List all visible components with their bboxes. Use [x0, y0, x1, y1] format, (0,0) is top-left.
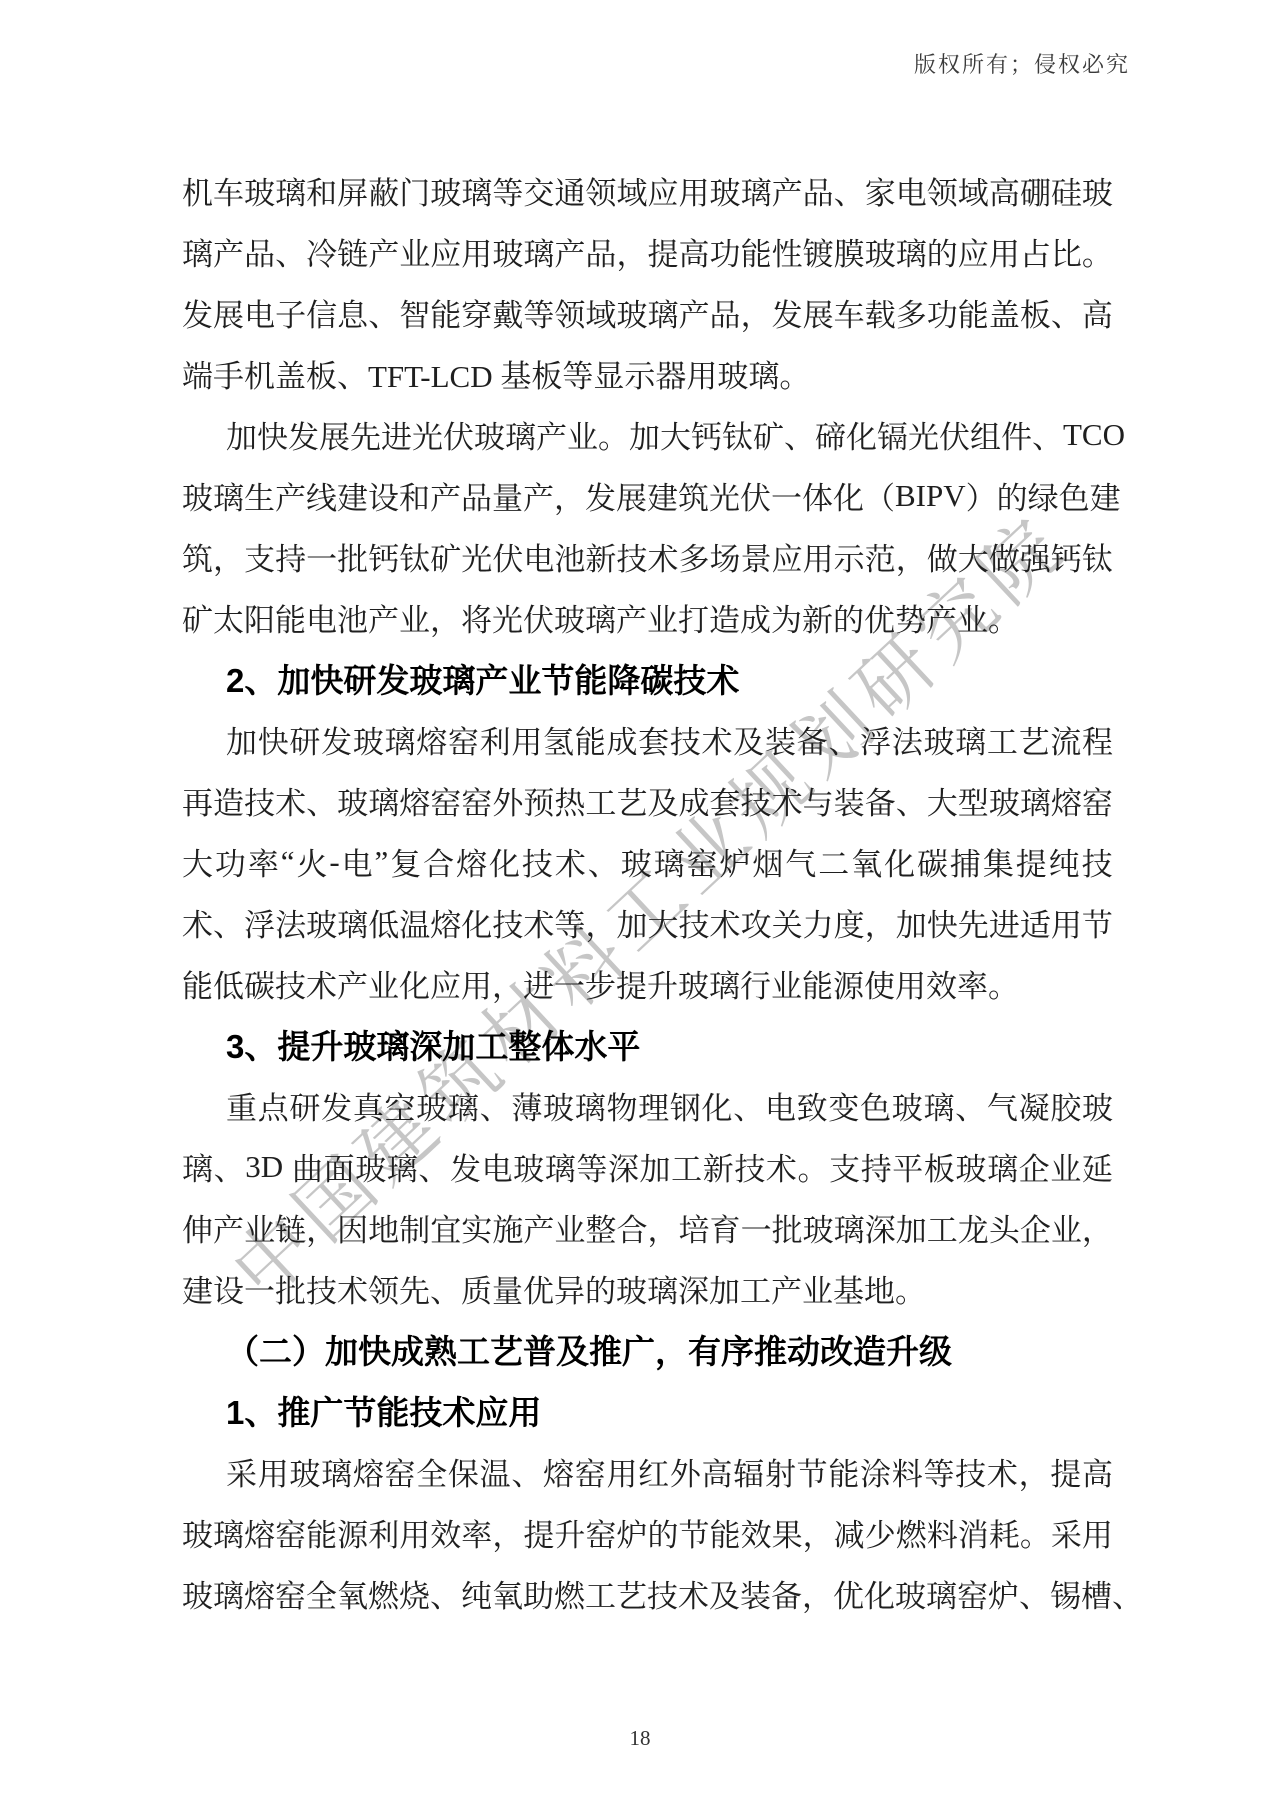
text-token: 果 — [772, 1510, 803, 1555]
text-token: 成 — [679, 778, 710, 823]
text-token: 技 — [741, 778, 772, 823]
text-token: 璃 — [213, 1510, 244, 1555]
text-token: 率 — [461, 1510, 492, 1555]
text-token: 生 — [244, 473, 275, 518]
text-token: 一 — [741, 1205, 772, 1250]
text-token: 产 — [275, 473, 306, 518]
text-token: 燃 — [896, 1510, 927, 1555]
text-token: 璃 — [385, 717, 416, 762]
text-token: 集 — [983, 839, 1014, 884]
text-token: 玻 — [616, 290, 647, 335]
text-token: 套 — [710, 778, 741, 823]
text-token: 浮 — [244, 900, 275, 945]
text-token: 耗 — [989, 1510, 1020, 1555]
text-token: 术 — [702, 717, 733, 762]
text-token: 技 — [1082, 839, 1113, 884]
text-token: 玻 — [474, 412, 505, 457]
text-token: 色 — [860, 1083, 891, 1128]
text-token: 深 — [865, 1205, 896, 1250]
text-token: 品 — [244, 229, 275, 274]
text-token: 强 — [1020, 534, 1051, 579]
text-line: 采用玻璃熔窑全保温、熔窑用红外高辐射节能涂料等技术，提高 — [182, 1441, 1113, 1502]
text-token: 产 — [772, 168, 803, 213]
text-token: 等 — [923, 1449, 954, 1494]
text-token: 少 — [865, 1510, 896, 1555]
text-token: 玻 — [955, 1144, 986, 1189]
text-token: 制 — [399, 1205, 430, 1250]
text-token: 备 — [797, 717, 828, 762]
text-token: 采 — [226, 1449, 257, 1494]
text-token: 提 — [1016, 839, 1047, 884]
text-token: 烧 — [399, 1571, 430, 1616]
text-token: 冷 — [306, 229, 337, 274]
text-token: 术 — [555, 839, 586, 884]
text-token: 工 — [585, 1571, 616, 1616]
text-token: 息 — [337, 290, 368, 335]
text-token: 技 — [522, 839, 553, 884]
text-token: 因 — [337, 1205, 368, 1250]
text-token: 化 — [489, 839, 520, 884]
text-token: 光 — [908, 412, 939, 457]
text-token: 设 — [368, 473, 399, 518]
text-token: 应 — [958, 229, 989, 274]
text-token: 展 — [319, 412, 350, 457]
text-token: 范 — [865, 534, 896, 579]
text-token: 光 — [412, 412, 443, 457]
text-token: 伏 — [443, 412, 474, 457]
text-token: 加 — [226, 717, 257, 762]
text-token: 术 — [766, 1144, 797, 1189]
text-token: ， — [741, 290, 772, 335]
text-token: 、 — [1019, 1571, 1050, 1616]
text-token: 比 — [1051, 229, 1082, 274]
text-token: 率 — [248, 839, 279, 884]
text-token: 玻 — [513, 1144, 544, 1189]
text-token: 技 — [734, 1144, 765, 1189]
text-token: 璃 — [647, 290, 678, 335]
text-token: 、 — [275, 229, 306, 274]
text-line: 建设一批技术领先、质量优异的玻璃深加工产业基地。 — [182, 1258, 1113, 1319]
text-token: 品 — [585, 229, 616, 274]
text-token: 钙 — [1051, 534, 1082, 579]
text-token: 高 — [1082, 1449, 1113, 1494]
text-token: 及 — [733, 717, 764, 762]
text-line: 璃产品、冷链产业应用玻璃产品，提高功能性镀膜玻璃的应用占比。 — [182, 221, 1113, 282]
text-token: 重 — [226, 1083, 257, 1128]
text-token: 应 — [647, 168, 678, 213]
text-token: 能 — [306, 1510, 337, 1555]
text-token: 空 — [385, 1083, 416, 1128]
text-token: 玻 — [306, 900, 337, 945]
text-token: 熔 — [430, 900, 461, 945]
text-token: 子 — [275, 290, 306, 335]
text-line: 机车玻璃和屏蔽门玻璃等交通领域应用玻璃产品、家电领域高硼硅玻 — [182, 160, 1113, 221]
text-token: 升 — [554, 1510, 585, 1555]
text-token: 产 — [679, 290, 710, 335]
text-token: 熔 — [244, 1571, 275, 1616]
text-token: 窑 — [461, 778, 492, 823]
text-line: 大功率“火-电”复合熔化技术、玻璃窑炉烟气二氧化碳捕集提纯技 — [182, 831, 1113, 892]
text-token: 链 — [337, 229, 368, 274]
text-token: 窑 — [585, 1510, 616, 1555]
text-token: 高 — [1082, 290, 1113, 335]
text-token: 玻 — [923, 717, 954, 762]
text-token: 施 — [492, 1205, 523, 1250]
text-token: 化 — [461, 900, 492, 945]
text-token: 术 — [647, 534, 678, 579]
text-token: 硼 — [1020, 168, 1051, 213]
text-line: 伸产业链，因地制宜实施产业整合，培育一批玻璃深加工龙头企业， — [182, 1197, 1113, 1258]
text-token: 电 — [523, 534, 554, 579]
text-token: BIPV — [895, 478, 966, 514]
text-token: 链 — [275, 1205, 306, 1250]
text-token: 璃 — [448, 1083, 479, 1128]
text-token: 璃 — [337, 900, 368, 945]
text-token: 多 — [896, 290, 927, 335]
text-token: 新 — [585, 534, 616, 579]
text-token: 窑 — [275, 1571, 306, 1616]
text-token: 套 — [638, 717, 669, 762]
text-token: 钛 — [722, 412, 753, 457]
text-token: 术 — [710, 900, 741, 945]
text-token: 用 — [399, 1510, 430, 1555]
text-token: 电 — [765, 1083, 796, 1128]
text-token: 、 — [214, 1144, 245, 1189]
text-token: 产 — [430, 473, 461, 518]
text-token: 玻 — [543, 1083, 574, 1128]
text-token: 玻 — [1082, 168, 1113, 213]
text-token: 凝 — [1019, 1083, 1050, 1128]
text-token: 璃 — [654, 839, 685, 884]
text-token: 料 — [892, 1449, 923, 1494]
text-token: 玻 — [182, 1510, 213, 1555]
text-token: 璃 — [923, 1083, 954, 1128]
text-token: （ — [864, 473, 895, 518]
text-token: 熔 — [353, 1449, 384, 1494]
text-token: 智 — [399, 290, 430, 335]
text-token: 源 — [337, 1510, 368, 1555]
text-token: 业 — [1050, 1144, 1081, 1189]
copyright-notice: 版权所有；侵权必究 — [914, 48, 1130, 79]
text-token: 关 — [772, 900, 803, 945]
text-token: 大 — [927, 778, 958, 823]
text-token: 炉 — [719, 839, 750, 884]
text-token: 发 — [321, 717, 352, 762]
text-token: 变 — [828, 1083, 859, 1128]
text-token: 进 — [989, 900, 1020, 945]
text-token: ， — [213, 534, 244, 579]
text-token: 加 — [896, 1205, 927, 1250]
text-token: 玻 — [865, 229, 896, 274]
text-token: 钙 — [368, 534, 399, 579]
text-token: 、 — [511, 1449, 542, 1494]
text-token: 减 — [834, 1510, 865, 1555]
text-token: 培 — [679, 1205, 710, 1250]
text-token: 等 — [523, 290, 554, 335]
text-token: 支 — [244, 534, 275, 579]
text-token: 消 — [958, 1510, 989, 1555]
text-token: 加 — [896, 900, 927, 945]
text-token: ， — [585, 900, 616, 945]
text-token: 业 — [567, 412, 598, 457]
text-token: 的 — [997, 473, 1028, 518]
text-token: 浮 — [860, 717, 891, 762]
text-token: 艺 — [1019, 717, 1050, 762]
text-token: 工 — [927, 1205, 958, 1250]
text-token: 、 — [306, 778, 337, 823]
text-token: 功 — [927, 290, 958, 335]
text-token: 低 — [368, 900, 399, 945]
text-token: 技 — [670, 717, 701, 762]
text-token: 窑 — [1082, 778, 1113, 823]
text-token: 展 — [213, 290, 244, 335]
text-token: 加 — [616, 900, 647, 945]
text-token: ” — [375, 844, 389, 880]
text-token: 装 — [765, 717, 796, 762]
text-token: 玻 — [244, 168, 275, 213]
text-line: 玻璃熔窑能源利用效率，提升窑炉的节能效果，减少燃料消耗。采用 — [182, 1502, 1113, 1563]
text-token: “ — [281, 844, 295, 880]
text-token: 持 — [861, 1144, 892, 1189]
text-token: 穿 — [461, 290, 492, 335]
text-token: 工 — [987, 717, 1018, 762]
text-token: 机 — [182, 168, 213, 213]
text-token: 的 — [647, 1510, 678, 1555]
text-token: ） — [966, 473, 997, 518]
text-token: 建 — [337, 473, 368, 518]
text-token: 线 — [306, 473, 337, 518]
text-token: 戴 — [492, 290, 523, 335]
text-token: 化 — [833, 473, 864, 518]
text-token: 碲 — [815, 412, 846, 457]
text-token: 大 — [182, 839, 213, 884]
text-token: 外 — [670, 1449, 701, 1494]
text-token: 法 — [892, 717, 923, 762]
text-token: 快 — [257, 412, 288, 457]
text-token: 备 — [865, 778, 896, 823]
text-token: 窑 — [275, 1510, 306, 1555]
text-token: 产 — [213, 229, 244, 274]
text-token: 筑 — [182, 534, 213, 579]
text-token: 节 — [679, 1510, 710, 1555]
text-token: 伸 — [182, 1205, 213, 1250]
text-token: 、 — [733, 1083, 764, 1128]
text-token: 电 — [896, 168, 927, 213]
text-token: 理 — [638, 1083, 669, 1128]
text-line: 加快发展先进光伏玻璃产业。加大钙钛矿、碲化镉光伏组件、TCO — [182, 404, 1113, 465]
text-token: 玻 — [355, 1144, 386, 1189]
text-token: 量 — [492, 473, 523, 518]
text-token: 矿 — [753, 412, 784, 457]
text-token: 流 — [1050, 717, 1081, 762]
text-token: 先 — [350, 412, 381, 457]
text-token: ， — [554, 473, 585, 518]
text-token: 场 — [710, 534, 741, 579]
text-token: 助 — [523, 1571, 554, 1616]
document-body: 机车玻璃和屏蔽门玻璃等交通领域应用玻璃产品、家电领域高硼硅玻璃产品、冷链产业应用… — [182, 160, 1113, 1624]
text-token: 能 — [828, 1449, 859, 1494]
text-token: ， — [803, 1510, 834, 1555]
text-token: TCO — [1063, 417, 1125, 453]
text-token: 碳 — [917, 839, 948, 884]
text-token: 快 — [927, 900, 958, 945]
text-token: 化 — [864, 1571, 895, 1616]
text-token: 等 — [554, 900, 585, 945]
text-token: 等 — [492, 168, 523, 213]
text-token: 气 — [785, 839, 816, 884]
text-token: 玻 — [416, 1083, 447, 1128]
text-token: 蔽 — [368, 168, 399, 213]
text-token: 、 — [896, 778, 927, 823]
text-token: 、 — [1032, 412, 1063, 457]
text-token: 延 — [1082, 1144, 1113, 1189]
text-token: 红 — [638, 1449, 669, 1494]
text-token: 。 — [1082, 229, 1113, 274]
text-token: 燃 — [368, 1571, 399, 1616]
text-token: 利 — [368, 1510, 399, 1555]
text-token: 与 — [803, 778, 834, 823]
text-token: 矿 — [430, 534, 461, 579]
text-token: 力 — [803, 900, 834, 945]
text-token: 程 — [1082, 717, 1113, 762]
text-token: 伏 — [939, 412, 970, 457]
text-token: 领 — [585, 168, 616, 213]
text-token: 展 — [803, 290, 834, 335]
text-token: 大 — [647, 900, 678, 945]
text-token: 技 — [492, 900, 523, 945]
text-token: 用 — [679, 168, 710, 213]
text-token: 熔 — [416, 717, 447, 762]
text-token: 业 — [1051, 1205, 1082, 1250]
text-token: 育 — [710, 1205, 741, 1250]
text-token: 产 — [554, 229, 585, 274]
text-token: 技 — [616, 534, 647, 579]
text-line: 玻璃熔窑全氧燃烧、纯氧助燃工艺技术及装备，优化玻璃窑炉、锡槽、 — [182, 1563, 1113, 1624]
text-token: 产 — [213, 1205, 244, 1250]
text-token: 用 — [1051, 900, 1082, 945]
text-token: 应 — [772, 534, 803, 579]
text-token: 头 — [989, 1205, 1020, 1250]
text-token: 锡 — [1050, 1571, 1081, 1616]
text-token: 玻 — [892, 1083, 923, 1128]
text-token: 、 — [784, 412, 815, 457]
text-token: 新 — [703, 1144, 734, 1189]
text-token: 合 — [616, 1205, 647, 1250]
text-token: 合 — [423, 839, 454, 884]
text-token: - — [329, 844, 339, 880]
text-line: 发展电子信息、智能穿戴等领域玻璃产品，发展车载多功能盖板、高 — [182, 282, 1113, 343]
text-token: 盖 — [989, 290, 1020, 335]
text-token: 提 — [523, 1510, 554, 1555]
text-token: 和 — [399, 473, 430, 518]
text-token: 大 — [958, 534, 989, 579]
text-token: 高 — [702, 1449, 733, 1494]
text-token: 技 — [244, 778, 275, 823]
text-token: 技 — [679, 900, 710, 945]
text-token: 一 — [306, 534, 337, 579]
text-token: 镀 — [803, 229, 834, 274]
text-token: 料 — [927, 1510, 958, 1555]
text-token: 璃 — [213, 473, 244, 518]
text-token: 电 — [482, 1144, 513, 1189]
text-token: 钛 — [399, 534, 430, 579]
heading-line: 3、提升玻璃深加工整体水平 — [182, 1014, 1113, 1075]
text-token: 保 — [448, 1449, 479, 1494]
text-token: 技 — [955, 1449, 986, 1494]
text-token: 色 — [1059, 473, 1090, 518]
text-token: 膜 — [834, 229, 865, 274]
text-token: 加 — [640, 1144, 671, 1189]
text-token: 先 — [958, 900, 989, 945]
text-token: 车 — [213, 168, 244, 213]
text-token: 窑 — [385, 1449, 416, 1494]
text-token: 钙 — [691, 412, 722, 457]
text-token: 全 — [416, 1449, 447, 1494]
text-token: ， — [1082, 1205, 1113, 1250]
text-token: 一 — [771, 473, 802, 518]
text-token: 、 — [828, 717, 859, 762]
text-token: 能 — [430, 290, 461, 335]
text-token: 槽 — [1081, 1571, 1112, 1616]
text-token: ， — [1019, 1449, 1050, 1494]
text-token: 、 — [588, 839, 619, 884]
text-token: 采 — [1051, 1510, 1082, 1555]
text-token: 术 — [678, 1571, 709, 1616]
text-token: ， — [802, 1571, 833, 1616]
text-token: 门 — [399, 168, 430, 213]
text-token: 玻 — [989, 778, 1020, 823]
text-token: 术 — [275, 778, 306, 823]
text-token: 建 — [1090, 473, 1121, 518]
text-token: 电 — [244, 290, 275, 335]
text-token: 用 — [1082, 1510, 1113, 1555]
text-token: 艺 — [616, 778, 647, 823]
text-token: 批 — [772, 1205, 803, 1250]
text-line: 玻璃生产线建设和产品量产，发展建筑光伏一体化（BIPV）的绿色建 — [182, 465, 1113, 526]
text-token: 车 — [834, 290, 865, 335]
text-token: 研 — [289, 717, 320, 762]
text-token: 龙 — [958, 1205, 989, 1250]
text-token: 玻 — [1082, 1083, 1113, 1128]
text-token: 氧 — [492, 1571, 523, 1616]
text-token: 火 — [296, 839, 327, 884]
text-token: 用 — [258, 1449, 289, 1494]
text-token: 玻 — [492, 229, 523, 274]
text-token: 玻 — [895, 1571, 926, 1616]
document-page: 版权所有；侵权必究 中国建筑材料工业规划研究院 机车玻璃和屏蔽门玻璃等交通领域应… — [0, 0, 1280, 1810]
text-token: 窑 — [430, 778, 461, 823]
text-line: 筑，支持一批钙钛矿光伏电池新技术多场景应用示范，做大做强钙钛 — [182, 526, 1113, 587]
text-token: 窑 — [957, 1571, 988, 1616]
text-token: 。 — [798, 1144, 829, 1189]
text-token: 用 — [606, 1449, 637, 1494]
text-token: 璃 — [987, 1144, 1018, 1189]
text-token: 炉 — [988, 1571, 1019, 1616]
text-token: 大 — [660, 412, 691, 457]
text-token: 发 — [772, 290, 803, 335]
text-token: 二 — [818, 839, 849, 884]
text-token: 曲 — [292, 1144, 323, 1189]
text-token: 射 — [765, 1449, 796, 1494]
text-token: 家 — [865, 168, 896, 213]
text-token: 窑 — [448, 717, 479, 762]
text-token: 术 — [772, 778, 803, 823]
heading-line: 2、加快研发玻璃产业节能降碳技术 — [182, 648, 1113, 709]
text-token: 建 — [647, 473, 678, 518]
text-token: 产 — [523, 1205, 554, 1250]
text-token: 璃 — [275, 168, 306, 213]
text-token: 胶 — [1050, 1083, 1081, 1128]
